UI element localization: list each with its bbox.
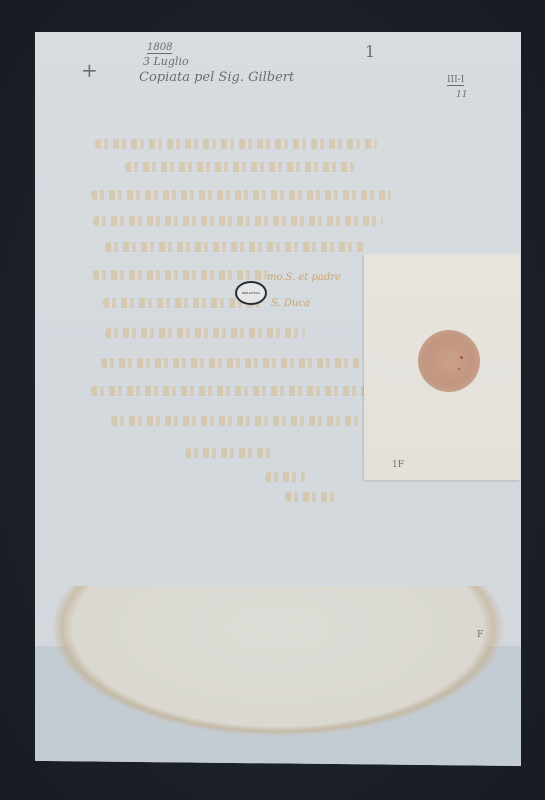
cross-mark: + <box>81 58 98 82</box>
letter-line <box>95 139 377 149</box>
letter-line <box>265 472 305 482</box>
letter-line <box>111 416 361 426</box>
stamp-text: BIBLIOTECA <box>242 291 260 295</box>
letter-line <box>93 270 268 280</box>
shelfmark: III-I <box>447 75 464 86</box>
flap-label: 1F <box>392 460 404 470</box>
letter-line <box>101 358 361 368</box>
letter-line <box>105 242 365 252</box>
copy-note: Copiata pel Sig. Gilbert <box>139 70 294 85</box>
shelfmark-sub: 11 <box>456 90 467 100</box>
letter-line <box>185 448 275 458</box>
seal-speck <box>460 356 463 359</box>
letter-fragment: S. Duca <box>271 298 310 309</box>
letter-line <box>105 328 305 338</box>
letter-line <box>125 162 355 172</box>
letter-line <box>285 492 335 502</box>
seal-flap: 1F <box>364 254 520 480</box>
letter-line <box>91 386 381 396</box>
letter-line <box>93 216 383 226</box>
library-stamp: BIBLIOTECA <box>235 281 267 305</box>
letter-fragment: mo.S. et padre <box>267 272 341 283</box>
wax-seal <box>418 330 480 392</box>
corner-letter: F <box>477 630 483 640</box>
year-note: 1808 <box>147 42 172 54</box>
seal-speck <box>458 368 460 370</box>
folio-number: 1 <box>365 42 375 61</box>
letter-line <box>91 190 391 200</box>
date-note: 3 Luglio <box>143 55 189 68</box>
